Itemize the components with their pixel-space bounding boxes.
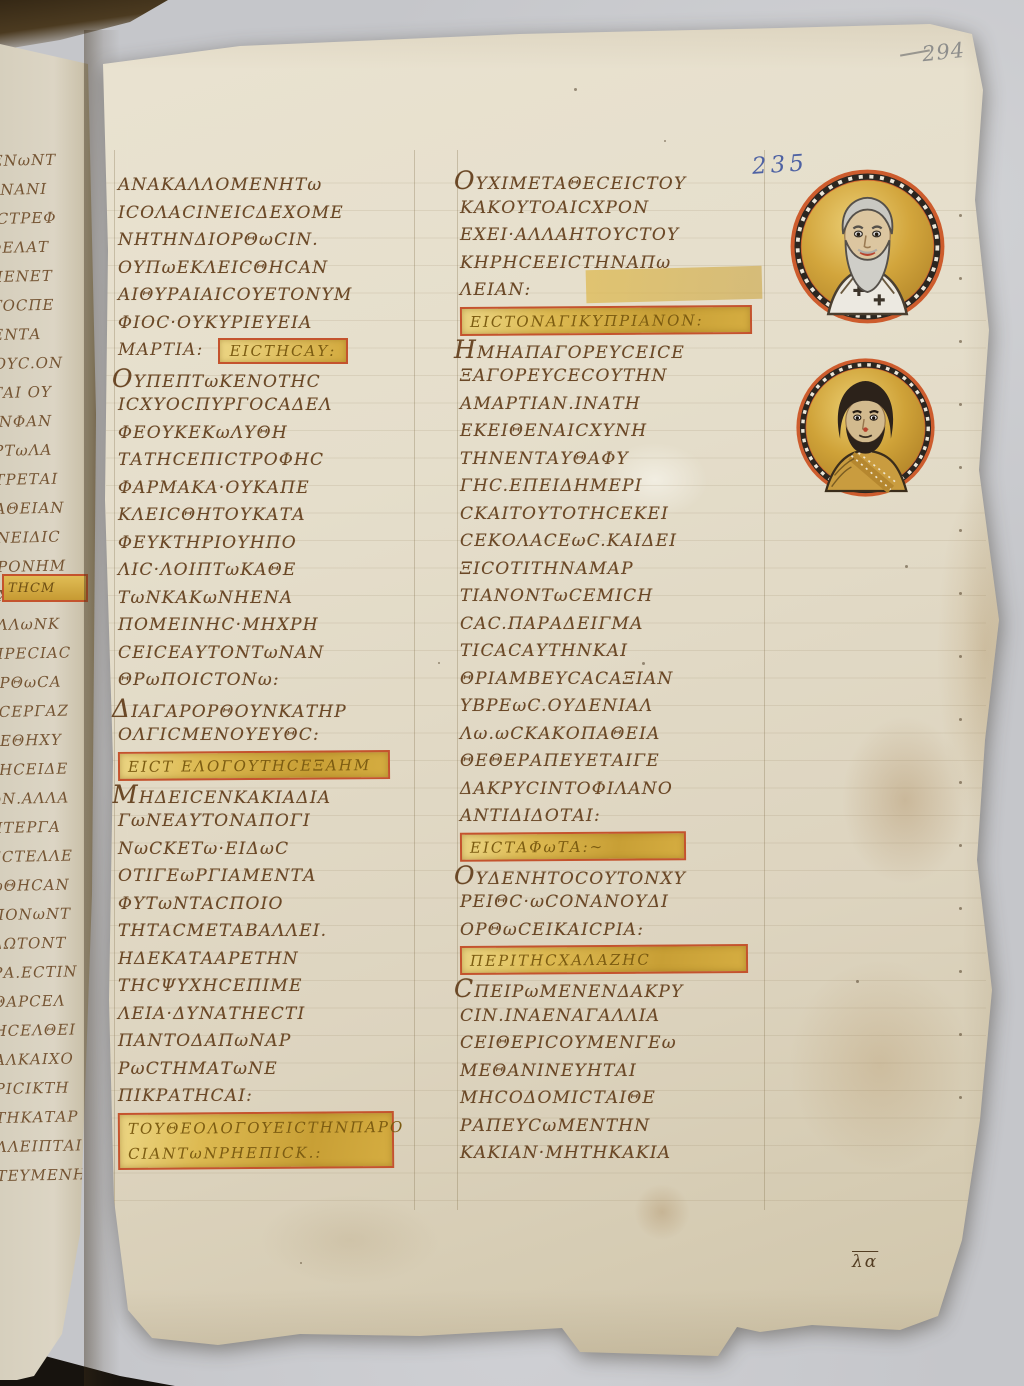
text-line: ΚΑΚΙΑΝ·ΜΗΤΗΚΑΚΙΑ (460, 1140, 762, 1168)
text-line: ΝΗΤΗΝΔΙΟΡΘωCΙΝ. (118, 227, 414, 255)
pricking-hole (959, 403, 962, 406)
text-line: CΠΕΙΡωΜΕΝΕΝΔΑΚΡΥ (460, 975, 762, 1003)
text-line: ΤΙCΑCΑΥΤΗΝΚΑΙ (460, 638, 762, 666)
text-line: ΤΙΑΝΟΝΤωCΕΜΙCΗ (460, 583, 762, 611)
elder-saint-medallion (789, 168, 946, 325)
section-header-gold: ΠΕΡΙΤΗCΧΑΛΑΖΗC (460, 944, 748, 975)
text-line: ΠΙΚΡΑΤΗCΑΙ: (118, 1083, 414, 1111)
young-saint-medallion (795, 357, 936, 498)
text-line: ΘΡΙΑΜΒΕΥCΑCΑΞΙΑΝ (460, 666, 762, 694)
paragraph-number-blue: 235 (751, 150, 809, 180)
text-line: ΕΧΕΙ·ΑΛΛΑΗΤΟΥCΤΟΥ (460, 222, 762, 250)
text-column-right: ΟΥΧΙΜΕΤΑΘΕCΕΙCΤΟΥΚΑΚΟΥΤΟΑΙCΧΡΟΝΕΧΕΙ·ΑΛΛΑ… (460, 167, 762, 1168)
pricking-hole (959, 340, 962, 343)
text-line: CΕΚΟΛΑCΕωC.ΚΑΙΔΕΙ (460, 528, 762, 556)
text-line: ΑΙΘΥΡΑΙΑΙCΟΥΕΤΟΝΥΜ (118, 282, 414, 310)
section-header-gold-two-line: ΤΟΥΘΕΟΛΟΓΟΥΕΙCΤΗΝΠΑΡΟCΙΑΝΤωΝΡΗΕΠΙCΚ.: (118, 1111, 394, 1170)
ruling-vertical-right2 (764, 150, 765, 1210)
text-line: ΤΗCΨΥΧΗCΕΠΙΜΕ (118, 973, 414, 1001)
text-line: CΕΙCΕΑΥΤΟΝΤωΝΑΝ (118, 640, 414, 668)
text-line: ΠΑΝΤΟΔΑΠωΝΑΡ (118, 1028, 414, 1056)
text-line: ΟΥΧΙΜΕΤΑΘΕCΕΙCΤΟΥ (460, 167, 762, 195)
text-line: ΦΙΟC·ΟΥΚΥΡΙΕΥΕΙΑ (118, 310, 414, 338)
text-line: ΡωCΤΗΜΑΤωΝΕ (118, 1056, 414, 1084)
manuscript-page-wrap: ΑΝΑΚΑΛΛΟΜΕΝΗΤωΙCΟΛΑCΙΝΕΙCΔΕΧΟΜΕΝΗΤΗΝΔΙΟΡ… (0, 0, 1024, 1386)
text-line: ΦΑΡΜΑΚΑ·ΟΥΚΑΠΕ (118, 475, 414, 503)
text-line: ΦΕΟΥΚΕΚωΛΥΘΗ (118, 420, 414, 448)
text-line: ΔΙΑΓΑΡΟΡΘΟΥΝΚΑΤΗΡ (118, 695, 414, 723)
text-line: ΥΒΡΕωC.ΟΥΔΕΝΙΑΛ (460, 693, 762, 721)
pricking-hole (959, 844, 962, 847)
text-line: ΙCΟΛΑCΙΝΕΙCΔΕΧΟΜΕ (118, 200, 414, 228)
pricking-hole (959, 214, 962, 217)
pricking-hole (959, 781, 962, 784)
young-saint-portrait-icon (795, 357, 936, 498)
text-line: ΘΕΘΕΡΑΠΕΥΕΤΑΙΓΕ (460, 748, 762, 776)
text-line: CΚΑΙΤΟΥΤΟΤΗCΕΚΕΙ (460, 501, 762, 529)
text-line: ΡΑΠΕΥCωΜΕΝΤΗΝ (460, 1113, 762, 1141)
pricking-hole (959, 655, 962, 658)
pricking-hole (959, 1096, 962, 1099)
text-line: ΟΛΓΙCΜΕΝΟΥΕΥΘC: (118, 722, 414, 750)
text-line: ΛΕΙΑΝ: (460, 277, 762, 305)
text-line: ΙCΧΥΟCΠΥΡΓΟCΑΔΕΛ (118, 392, 414, 420)
pricking-hole (959, 718, 962, 721)
text-line: ΘΡωΠΟΙCΤΟΝω: (118, 667, 414, 695)
text-line: ΠΟΜΕΙΝΗC·ΜΗΧΡΗ (118, 612, 414, 640)
section-header-gold: ΕΙCΤΑΦωΤΑ:~ (460, 831, 686, 862)
pricking-hole (959, 592, 962, 595)
text-line: ΓΗC.ΕΠΕΙΔΗΜΕΡΙ (460, 473, 762, 501)
section-header-gold: ΕΙCΤ ΕΛΟΓΟΥΤΗCΕΞΑΗΜ (118, 750, 390, 781)
text-line: ΛΙC·ΛΟΙΠΤωΚΑΘΕ (118, 557, 414, 585)
pricking-hole (959, 529, 962, 532)
text-line: ΤωΝΚΑΚωΝΗΕΝΑ (118, 585, 414, 613)
text-line: ΡΕΙΘC·ωCΟΝΑΝΟΥΔΙ (460, 889, 762, 917)
text-line: CΙΝ.ΙΝΑΕΝΑΓΑΛΛΙΑ (460, 1003, 762, 1031)
quire-signature-text: λα (852, 1252, 878, 1272)
pricking-hole (959, 1033, 962, 1036)
folio-number-pencil: 294 (921, 38, 966, 66)
text-line: ΑΜΑΡΤΙΑΝ.ΙΝΑΤΗ (460, 391, 762, 419)
header-line-2: CΙΑΝΤωΝΡΗΕΠΙCΚ.: (128, 1140, 323, 1166)
text-line: CΑC.ΠΑΡΑΔΕΙΓΜΑ (460, 611, 762, 639)
header-line-1: ΤΟΥΘΕΟΛΟΓΟΥΕΙCΤΗΝΠΑΡΟ (128, 1114, 405, 1141)
text-line: ΑΝΤΙΔΙΔΟΤΑΙ: (460, 803, 762, 831)
text-line: ΕΚΕΙΘΕΝΑΙCΧΥΝΗ (460, 418, 762, 446)
text-line: ΛΕΙΑ·ΔΥΝΑΤΗΕCΤΙ (118, 1001, 414, 1029)
text-line: ΜΕΘΑΝΙΝΕΥΗΤΑΙ (460, 1058, 762, 1086)
text-line: ΗΔΕΚΑΤΑΑΡΕΤΗΝ (118, 946, 414, 974)
text-line: ΦΥΤωΝΤΑCΠΟΙΟ (118, 891, 414, 919)
text-line: ΝωCΚΕΤω·ΕΙΔωC (118, 836, 414, 864)
text-line: ΤΑΤΗCΕΠΙCΤΡΟΦΗC (118, 447, 414, 475)
text-line: ΔΑΚΡΥCΙΝΤΟΦΙΛΑΝΟ (460, 776, 762, 804)
text-line: ΓωΝΕΑΥΤΟΝΑΠΟΓΙ (118, 808, 414, 836)
ruling-vertical-left2 (414, 150, 415, 1210)
text-line: ΜΗCΟΔΟΜΙCΤΑΙΘΕ (460, 1085, 762, 1113)
text-line: ΚΛΕΙCΘΗΤΟΥΚΑΤΑ (118, 502, 414, 530)
text-line: CΕΙΘΕΡΙCΟΥΜΕΝΓΕω (460, 1030, 762, 1058)
text-line-with-header-chip: ΜΑΡΤΙΑ:ΕΙCΤΗCΑΥ: (118, 337, 414, 365)
text-line: ΜΑΡΤΙΑ: (118, 337, 204, 365)
text-line: ΤΗΝΕΝΤΑΥΘΑΦΥ (460, 446, 762, 474)
text-line: ΤΗΤΑCΜΕΤΑΒΑΛΛΕΙ. (118, 918, 414, 946)
text-line: ΟΤΙΓΕωΡΓΙΑΜΕΝΤΑ (118, 863, 414, 891)
text-line: Λω.ωCΚΑΚΟΠΑΘΕΙΑ (460, 721, 762, 749)
section-header-gold: ΕΙCΤΟΝΑΓΙΚΥΠΡΙΑΝΟΝ: (460, 304, 752, 335)
pricking-hole (959, 466, 962, 469)
text-line: ΞΑΓΟΡΕΥCΕCΟΥΤΗΝ (460, 363, 762, 391)
text-line: ΦΕΥΚΤΗΡΙΟΥΗΠΟ (118, 530, 414, 558)
text-line: ΜΗΔΕΙCΕΝΚΑΚΙΑΔΙΑ (118, 781, 414, 809)
ruling-vertical-right (457, 150, 458, 1210)
text-line: ΚΗΡΗCΕΕΙCΤΗΝΑΠω (460, 250, 762, 278)
text-line: ΑΝΑΚΑΛΛΟΜΕΝΗΤω (118, 172, 414, 200)
text-line: ΚΑΚΟΥΤΟΑΙCΧΡΟΝ (460, 195, 762, 223)
manuscript-photo: ΜΕΝωΝΤΤωΝΑΝΙΙΟCΤΡΕΦΕΦΕΛΑΤΑΠΕΝΕΤωΤΟCΠΕΘΕΝ… (0, 0, 1024, 1386)
manuscript-page: ΑΝΑΚΑΛΛΟΜΕΝΗΤωΙCΟΛΑCΙΝΕΙCΔΕΧΟΜΕΝΗΤΗΝΔΙΟΡ… (0, 0, 1024, 1386)
elder-saint-portrait-icon (789, 168, 946, 325)
pricking-hole (959, 277, 962, 280)
text-line: ΗΜΗΑΠΑΓΟΡΕΥCΕΙCΕ (460, 336, 762, 364)
ruling-vertical-left (114, 150, 115, 1210)
text-line: ΟΥΠωΕΚΛΕΙCΘΗCΑΝ (118, 255, 414, 283)
pricking-hole (959, 970, 962, 973)
section-header-chip: ΕΙCΤΗCΑΥ: (218, 338, 349, 364)
pricking-hole (959, 907, 962, 910)
quire-signature: λα (852, 1252, 878, 1272)
text-line: ΞΙCΟΤΙΤΗΝΑΜΑΡ (460, 556, 762, 584)
text-column-left: ΑΝΑΚΑΛΛΟΜΕΝΗΤωΙCΟΛΑCΙΝΕΙCΔΕΧΟΜΕΝΗΤΗΝΔΙΟΡ… (118, 172, 414, 1170)
text-line: ΟΡΘωCΕΙΚΑΙCΡΙΑ: (460, 917, 762, 945)
text-line: ΟΥΠΕΠΤωΚΕΝΟΤΗC (118, 365, 414, 393)
text-line: ΟΥΔΕΝΗΤΟCΟΥΤΟΝΧΥ (460, 862, 762, 890)
